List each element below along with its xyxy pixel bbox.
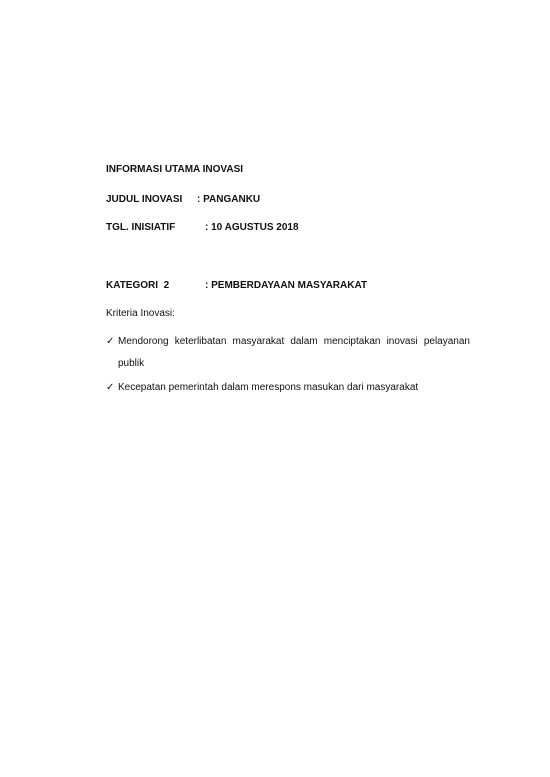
criteria-text: Mendorong keterlibatan masyarakat dalam … [118, 331, 470, 375]
field-value: : PEMBERDAYAAN MASYARAKAT [205, 280, 367, 292]
field-label: JUDUL INOVASI [106, 194, 182, 206]
field-value: : PANGANKU [197, 194, 260, 206]
section-heading: INFORMASI UTAMA INOVASI [106, 164, 243, 176]
check-icon: ✓ [106, 382, 114, 394]
criteria-text: Kecepatan pemerintah dalam merespons mas… [118, 377, 470, 399]
field-value: : 10 AGUSTUS 2018 [205, 222, 299, 234]
criteria-label: Kriteria Inovasi: [106, 308, 175, 320]
check-icon: ✓ [106, 336, 114, 348]
field-label: TGL. INISIATIF [106, 222, 175, 234]
field-label: KATEGORI 2 [106, 280, 169, 292]
document-page: INFORMASI UTAMA INOVASI JUDUL INOVASI : … [0, 0, 550, 777]
